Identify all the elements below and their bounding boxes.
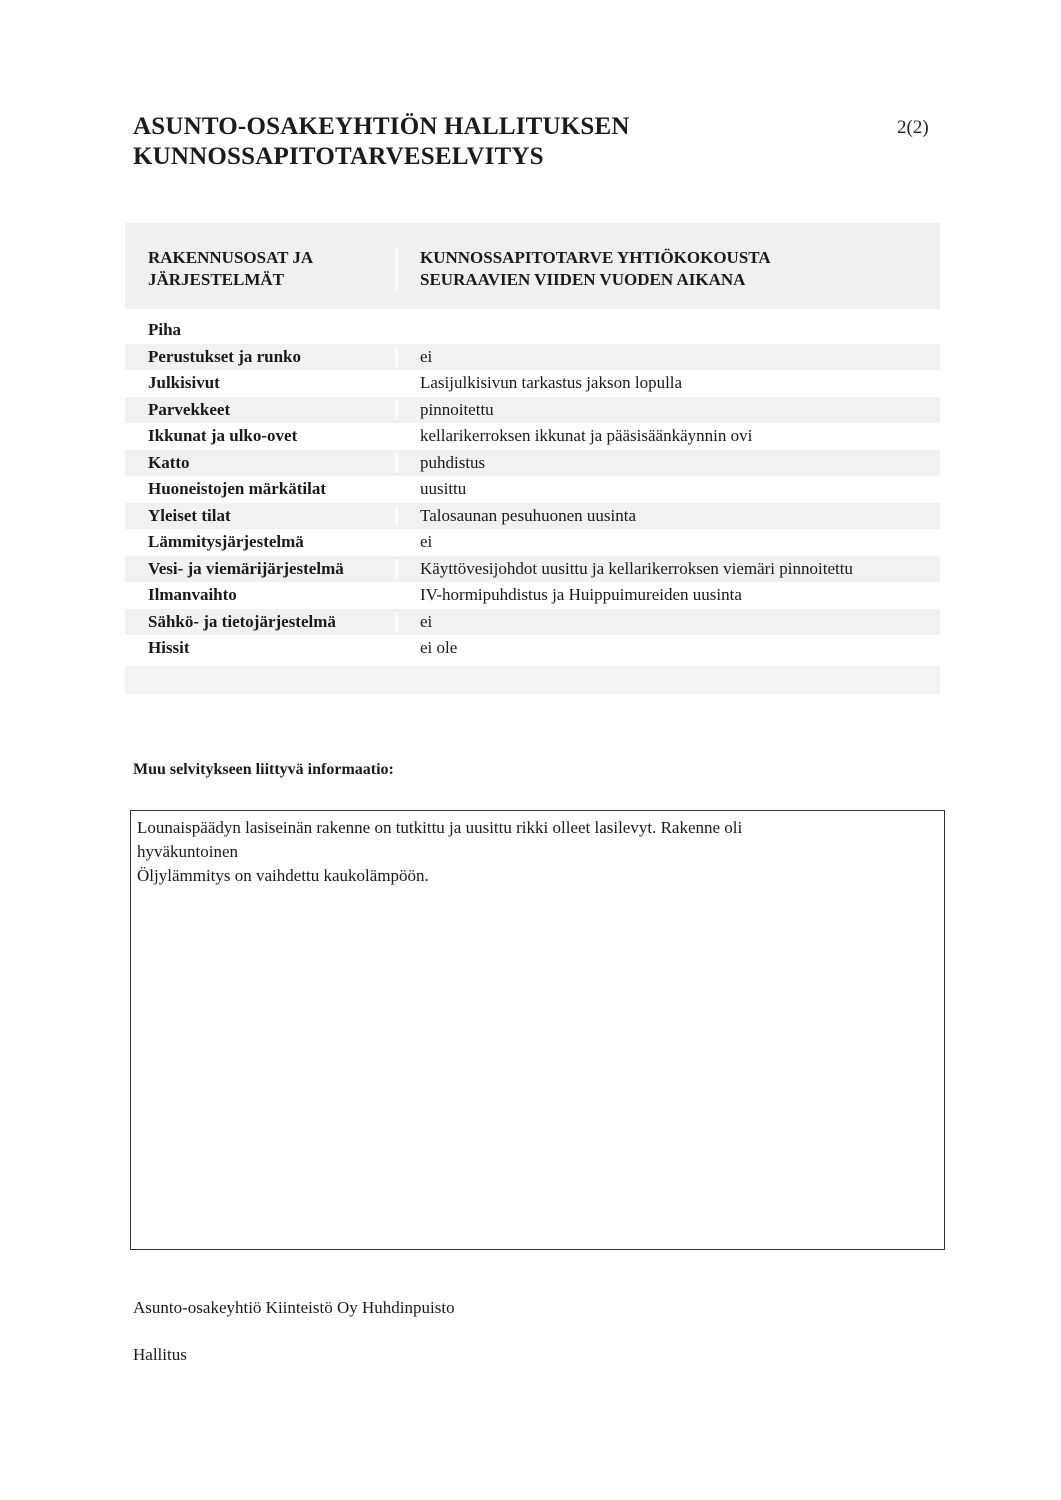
info-label: Muu selvitykseen liittyvä informaatio: <box>133 761 394 779</box>
table-row: IlmanvaihtoIV-hormipuhdistus ja Huippuim… <box>125 582 940 609</box>
maintenance-table: RAKENNUSOSAT JA JÄRJESTELMÄT KUNNOSSAPIT… <box>125 223 940 694</box>
column-header-need-line-1: KUNNOSSAPITOTARVE YHTIÖKOKOUSTA <box>420 247 940 269</box>
table-footer-band <box>125 666 940 694</box>
maintenance-need: ei <box>395 532 940 552</box>
table-row: Yleiset tilatTalosaunan pesuhuonen uusin… <box>125 503 940 530</box>
table-row: Vesi- ja viemärijärjestelmäKäyttövesijoh… <box>125 556 940 583</box>
maintenance-need: Lasijulkisivun tarkastus jakson lopulla <box>395 373 940 393</box>
maintenance-need: kellarikerroksen ikkunat ja pääsisäänkäy… <box>395 426 940 446</box>
maintenance-need: Käyttövesijohdot uusittu ja kellarikerro… <box>395 559 940 579</box>
info-line: Öljylämmitys on vaihdettu kaukolämpöön. <box>137 864 938 888</box>
maintenance-need: ei ole <box>395 638 940 658</box>
building-part: Sähkö- ja tietojärjestelmä <box>125 612 395 632</box>
table-row: Ikkunat ja ulko-ovetkellarikerroksen ikk… <box>125 423 940 450</box>
table-row: Sähkö- ja tietojärjestelmäei <box>125 609 940 636</box>
title-line-1: ASUNTO-OSAKEYHTIÖN HALLITUKSEN <box>133 112 630 142</box>
maintenance-need: ei <box>395 347 940 367</box>
building-part: Ilmanvaihto <box>125 585 395 605</box>
title-line-2: KUNNOSSAPITOTARVESELVITYS <box>133 142 630 172</box>
building-part: Ikkunat ja ulko-ovet <box>125 426 395 446</box>
building-part: Hissit <box>125 638 395 658</box>
maintenance-need: puhdistus <box>395 453 940 473</box>
building-part: Parvekkeet <box>125 400 395 420</box>
column-header-parts: RAKENNUSOSAT JA JÄRJESTELMÄT <box>125 247 395 291</box>
maintenance-need: pinnoitettu <box>395 400 940 420</box>
table-header: RAKENNUSOSAT JA JÄRJESTELMÄT KUNNOSSAPIT… <box>125 223 940 309</box>
table-row: Huoneistojen märkätilatuusittu <box>125 476 940 503</box>
building-part: Lämmitysjärjestelmä <box>125 532 395 552</box>
table-row: Kattopuhdistus <box>125 450 940 477</box>
info-box: Lounaispäädyn lasiseinän rakenne on tutk… <box>130 810 945 1250</box>
table-body: PihaPerustukset ja runkoeiJulkisivutLasi… <box>125 317 940 662</box>
building-part: Vesi- ja viemärijärjestelmä <box>125 559 395 579</box>
maintenance-need: ei <box>395 612 940 632</box>
building-part: Piha <box>125 320 395 340</box>
column-header-need-line-2: SEURAAVIEN VIIDEN VUODEN AIKANA <box>420 269 940 291</box>
table-row: Parvekkeetpinnoitettu <box>125 397 940 424</box>
column-header-parts-line-2: JÄRJESTELMÄT <box>148 269 395 291</box>
table-row: JulkisivutLasijulkisivun tarkastus jakso… <box>125 370 940 397</box>
column-header-need: KUNNOSSAPITOTARVE YHTIÖKOKOUSTA SEURAAVI… <box>395 247 940 291</box>
info-line: hyväkuntoinen <box>137 840 938 864</box>
column-header-parts-line-1: RAKENNUSOSAT JA <box>148 247 395 269</box>
maintenance-need: Talosaunan pesuhuonen uusinta <box>395 506 940 526</box>
maintenance-need: IV-hormipuhdistus ja Huippuimureiden uus… <box>395 585 940 605</box>
building-part: Katto <box>125 453 395 473</box>
board-label: Hallitus <box>133 1345 187 1365</box>
table-row: Hissitei ole <box>125 635 940 662</box>
company-name: Asunto-osakeyhtiö Kiinteistö Oy Huhdinpu… <box>133 1298 455 1318</box>
document-title: ASUNTO-OSAKEYHTIÖN HALLITUKSEN KUNNOSSAP… <box>133 112 630 172</box>
maintenance-need: uusittu <box>395 479 940 499</box>
building-part: Yleiset tilat <box>125 506 395 526</box>
building-part: Huoneistojen märkätilat <box>125 479 395 499</box>
info-line: Lounaispäädyn lasiseinän rakenne on tutk… <box>137 816 938 840</box>
building-part: Julkisivut <box>125 373 395 393</box>
table-row: Piha <box>125 317 940 344</box>
building-part: Perustukset ja runko <box>125 347 395 367</box>
table-row: Lämmitysjärjestelmäei <box>125 529 940 556</box>
page-number: 2(2) <box>897 117 929 139</box>
table-row: Perustukset ja runkoei <box>125 344 940 371</box>
